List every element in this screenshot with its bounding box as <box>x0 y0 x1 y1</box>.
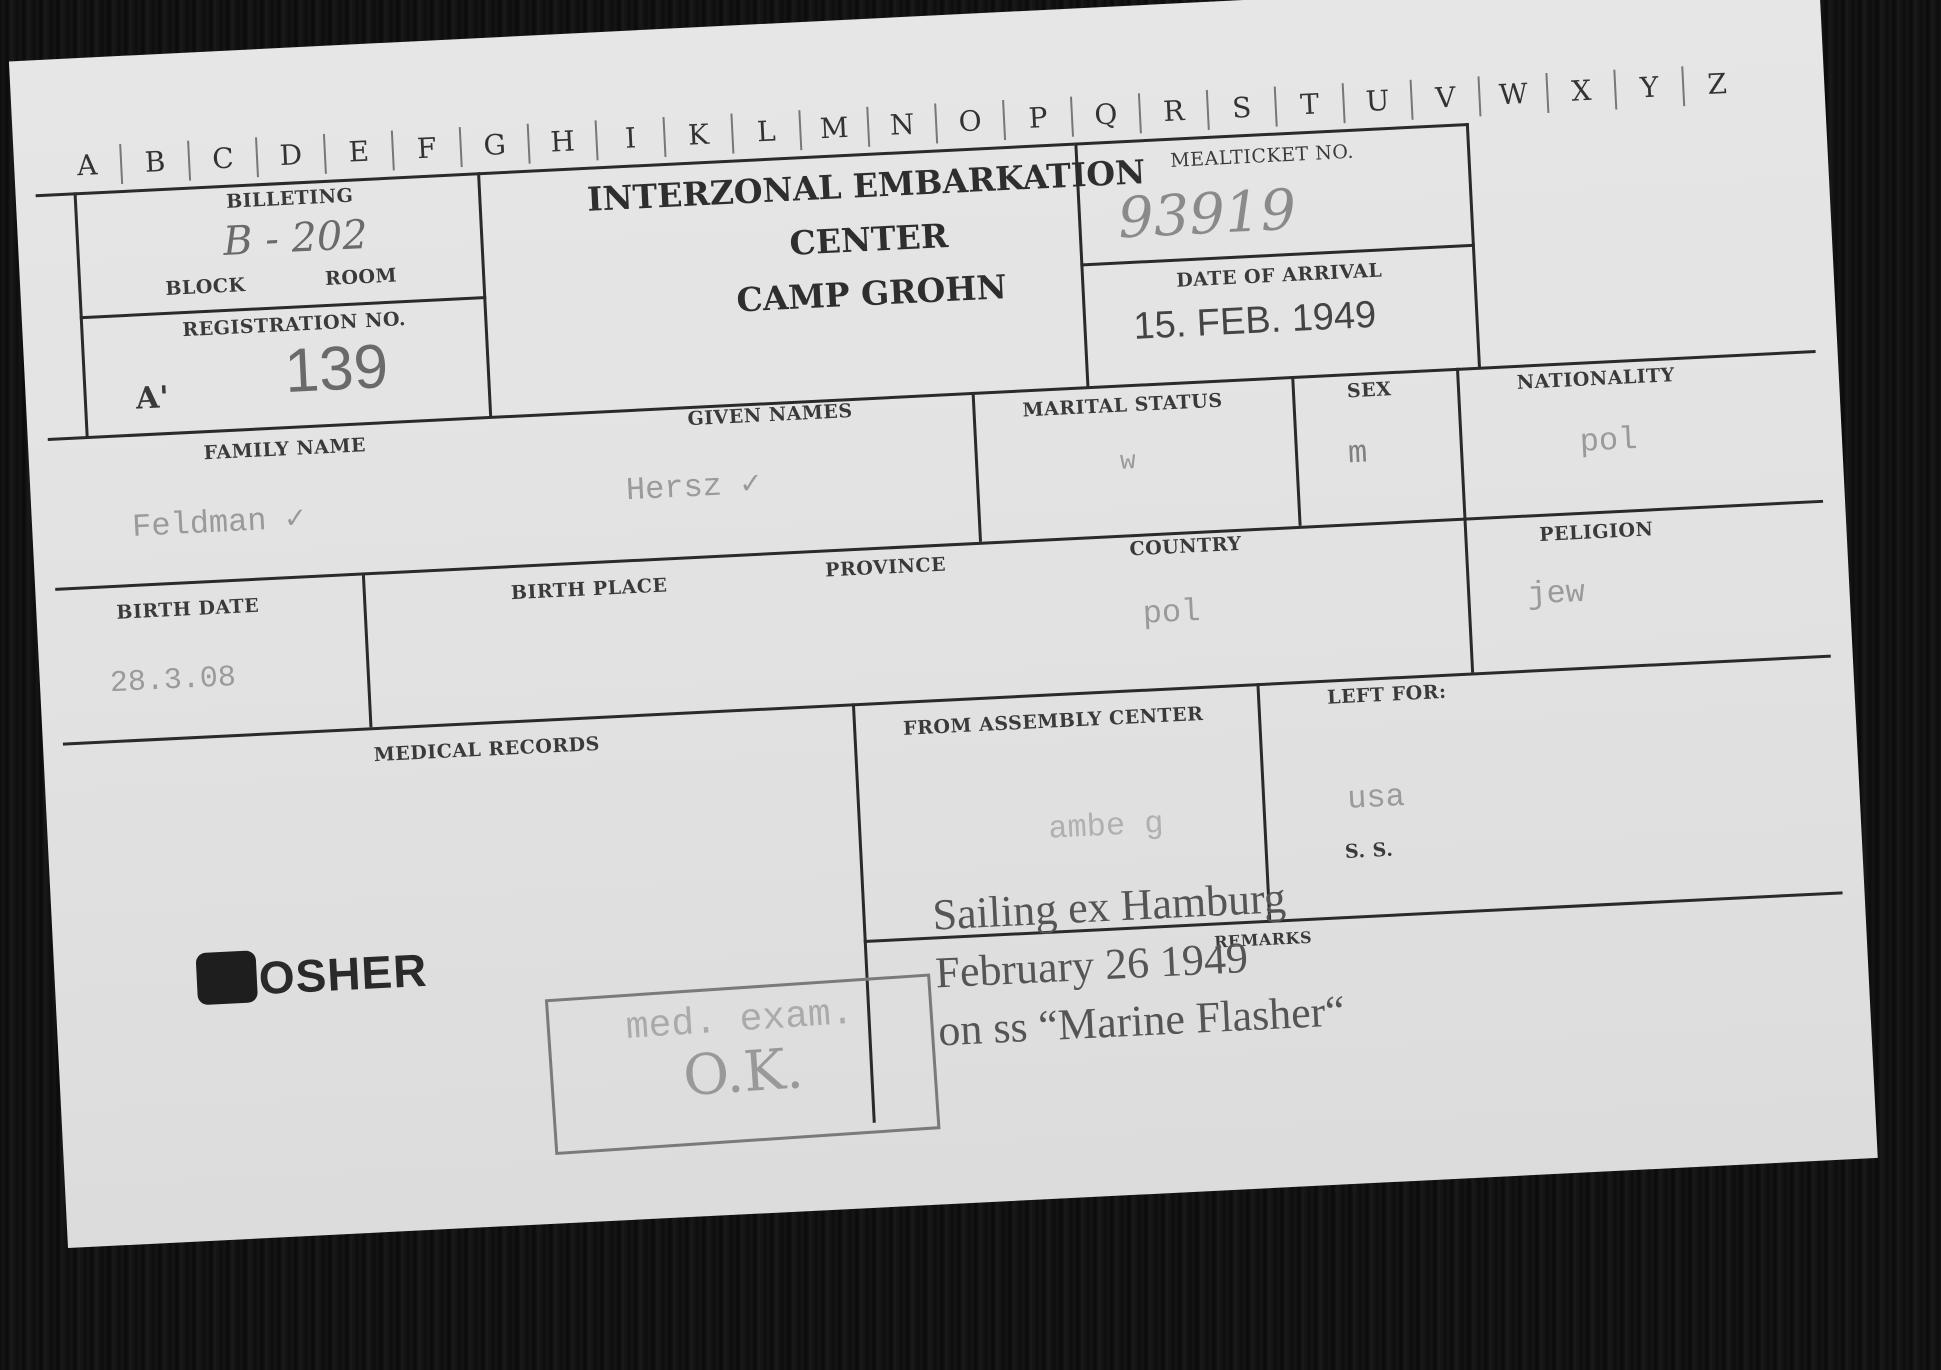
medical-records-label: MEDICAL RECORDS <box>373 733 600 766</box>
sex-value: m <box>1347 434 1368 472</box>
index-letter: D <box>257 134 327 177</box>
left-for-value: usa <box>1346 778 1405 818</box>
index-letter: H <box>529 120 599 163</box>
index-letter: L <box>732 110 802 153</box>
family-name-label: FAMILY NAME <box>203 434 366 464</box>
index-letter: U <box>1344 80 1414 123</box>
index-letter: Y <box>1615 66 1685 109</box>
religion-value: jew <box>1526 574 1585 614</box>
birth-place-label: BIRTH PLACE <box>510 574 668 604</box>
index-letter: X <box>1547 70 1617 113</box>
ink-blot-icon <box>196 950 259 1005</box>
divider <box>972 392 982 542</box>
sex-label: SEX <box>1346 378 1391 402</box>
index-letter: G <box>461 124 531 167</box>
religion-label: PELIGION <box>1539 518 1654 546</box>
divider <box>74 192 89 437</box>
registration-value: 139 <box>283 331 390 407</box>
index-letter: R <box>1140 90 1210 133</box>
assembly-center-label: FROM ASSEMBLY CENTER <box>903 703 1204 740</box>
index-letter: O <box>936 100 1006 143</box>
index-letter: K <box>665 114 735 157</box>
index-letter: C <box>189 137 259 180</box>
family-name-value: Feldman ✓ <box>131 497 306 546</box>
divider <box>477 172 492 417</box>
marital-status-value: w <box>1119 446 1136 477</box>
index-letter: E <box>325 130 395 173</box>
nationality-value: pol <box>1579 421 1638 461</box>
index-letter: Q <box>1072 93 1142 136</box>
block-label: BLOCK <box>165 274 246 300</box>
billeting-label: BILLETING <box>226 185 354 213</box>
divider <box>362 572 373 727</box>
ss-label: S. S. <box>1344 839 1393 863</box>
registration-prefix: A' <box>135 380 170 417</box>
index-letter: M <box>800 107 870 150</box>
index-letter: V <box>1412 76 1482 119</box>
given-names-value: Hersz ✓ <box>625 463 761 510</box>
billeting-value: B - 202 <box>222 212 369 265</box>
marital-status-label: MARITAL STATUS <box>1022 390 1223 422</box>
country-label: COUNTRY <box>1129 533 1242 561</box>
index-letter: W <box>1479 73 1549 116</box>
country-value: pol <box>1142 593 1201 633</box>
divider <box>1291 376 1301 526</box>
index-letter: N <box>868 103 938 146</box>
index-letter: P <box>1004 97 1074 140</box>
index-letter: I <box>597 117 667 160</box>
index-letter: B <box>121 141 191 184</box>
registration-card: ABCDEFGHIKLMNOPQRSTUVWXYZ INTERZONAL EMB… <box>9 0 1878 1248</box>
room-label: ROOM <box>325 264 398 290</box>
left-for-label: LEFT FOR: <box>1327 681 1447 709</box>
province-label: PROVINCE <box>825 554 947 582</box>
birth-date-label: BIRTH DATE <box>116 595 260 624</box>
mealticket-value: 93919 <box>1117 178 1298 252</box>
index-letter: F <box>393 127 463 170</box>
sailing-stamp: Sailing ex Hamburg February 26 1949 on s… <box>931 866 1346 1060</box>
index-letter: S <box>1208 87 1278 130</box>
index-letter: A <box>53 144 123 187</box>
nationality-label: NATIONALITY <box>1516 364 1675 394</box>
med-exam-stamp: med. exam. O.K. <box>545 973 941 1155</box>
index-letter: Z <box>1683 63 1751 106</box>
birth-date-value: 28.3.08 <box>109 661 237 701</box>
index-letter: T <box>1276 83 1346 126</box>
kosher-stamp: OSHER <box>196 942 429 1008</box>
kosher-text: OSHER <box>258 944 429 1004</box>
assembly-center-value: ambe g <box>1047 805 1164 848</box>
